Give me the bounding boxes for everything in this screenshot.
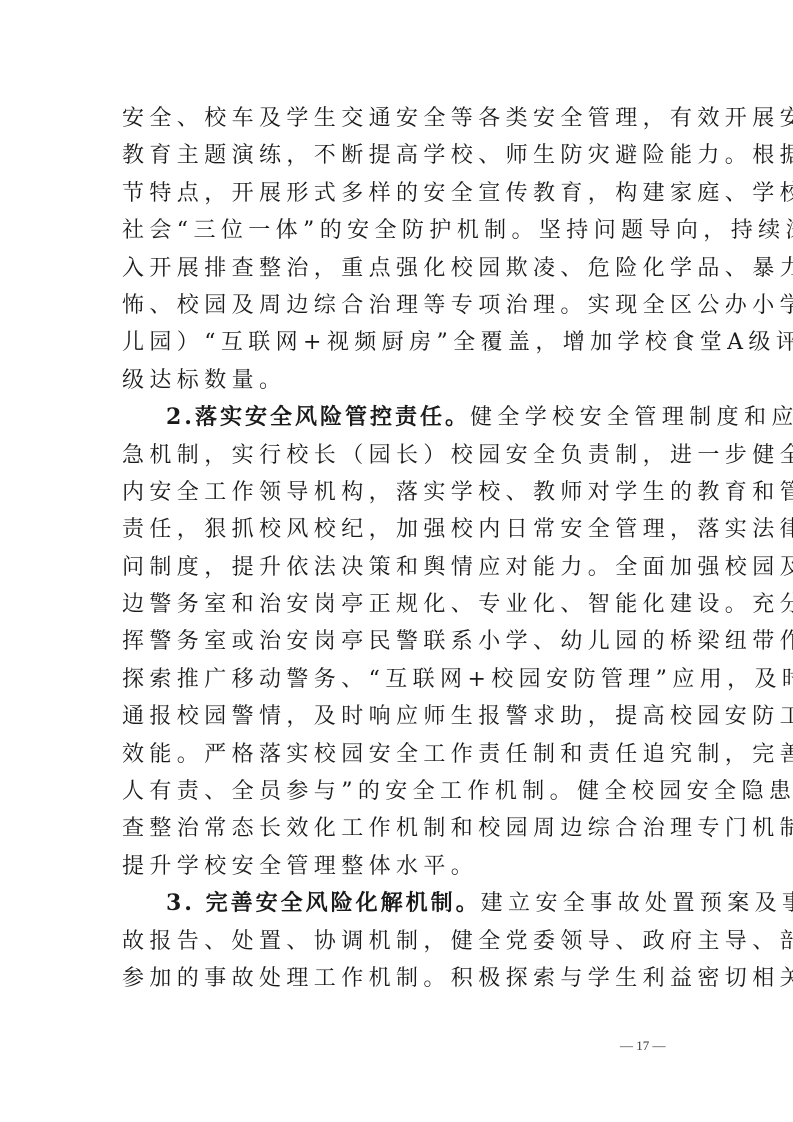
text-line: 社会“三位一体”的安全防护机制。坚持问题导向，持续深 xyxy=(122,212,672,249)
text-line: 故报告、处置、协调机制，健全党委领导、政府主导、部门 xyxy=(122,923,672,960)
text-line: 急机制，实行校长（园长）校园安全负责制，进一步健全校 xyxy=(122,437,672,474)
text-line: 人有责、全员参与”的安全工作机制。健全校园安全隐患排 xyxy=(122,773,672,810)
text-line: 挥警务室或治安岗亭民警联系小学、幼儿园的桥梁纽带作用， xyxy=(122,623,672,660)
paragraph-3: 3. 完善安全风险化解机制。建立安全事故处置预案及事 故报告、处置、协调机制，健… xyxy=(122,885,672,997)
text-line: 查整治常态长效化工作机制和校园周边综合治理专门机制， xyxy=(122,810,672,847)
text-line: 探索推广移动警务、“互联网+校园安防管理”应用，及时 xyxy=(122,661,672,698)
text-line: 怖、校园及周边综合治理等专项治理。实现全区公办小学（幼 xyxy=(122,287,672,324)
text-line: 级达标数量。 xyxy=(122,362,672,399)
text-line: 责任，狠抓校风校纪，加强校内日常安全管理，落实法律顾 xyxy=(122,511,672,548)
text-line: 问制度，提升依法决策和舆情应对能力。全面加强校园及周 xyxy=(122,549,672,586)
text-run: 健全学校安全管理制度和应 xyxy=(470,405,793,430)
text-line: 提升学校安全管理整体水平。 xyxy=(122,848,672,885)
text-line: 儿园）“互联网+视频厨房”全覆盖，增加学校食堂A级评 xyxy=(122,324,672,361)
paragraph-first-line: 2.落实安全风险管控责任。健全学校安全管理制度和应 xyxy=(122,399,672,436)
text-run: 建立安全事故处置预案及事 xyxy=(481,891,793,916)
text-line: 内安全工作领导机构，落实学校、教师对学生的教育和管理 xyxy=(122,474,672,511)
paragraph-first-line: 3. 完善安全风险化解机制。建立安全事故处置预案及事 xyxy=(122,885,672,922)
text-line: 通报校园警情，及时响应师生报警求助，提高校园安防工作 xyxy=(122,698,672,735)
text-line: 效能。严格落实校园安全工作责任制和责任追究制，完善“人 xyxy=(122,736,672,773)
document-page: 安全、校车及学生交通安全等各类安全管理，有效开展安全 教育主题演练，不断提高学校… xyxy=(0,0,793,1122)
text-line: 教育主题演练，不断提高学校、师生防灾避险能力。根据季 xyxy=(122,137,672,174)
text-line: 节特点，开展形式多样的安全宣传教育，构建家庭、学校和 xyxy=(122,175,672,212)
section-heading: 2.落实安全风险管控责任。 xyxy=(166,404,470,430)
body-text: 安全、校车及学生交通安全等各类安全管理，有效开展安全 教育主题演练，不断提高学校… xyxy=(122,100,672,997)
text-line: 边警务室和治安岗亭正规化、专业化、智能化建设。充分发 xyxy=(122,586,672,623)
paragraph-1: 安全、校车及学生交通安全等各类安全管理，有效开展安全 教育主题演练，不断提高学校… xyxy=(122,100,672,399)
page-number: — 17 — xyxy=(620,1038,666,1054)
section-heading: 3. 完善安全风险化解机制。 xyxy=(166,890,481,916)
paragraph-2: 2.落实安全风险管控责任。健全学校安全管理制度和应 急机制，实行校长（园长）校园… xyxy=(122,399,672,885)
text-line: 安全、校车及学生交通安全等各类安全管理，有效开展安全 xyxy=(122,100,672,137)
text-line: 入开展排查整治，重点强化校园欺凌、危险化学品、暴力恐 xyxy=(122,250,672,287)
text-line: 参加的事故处理工作机制。积极探索与学生利益密切相关的 xyxy=(122,960,672,997)
